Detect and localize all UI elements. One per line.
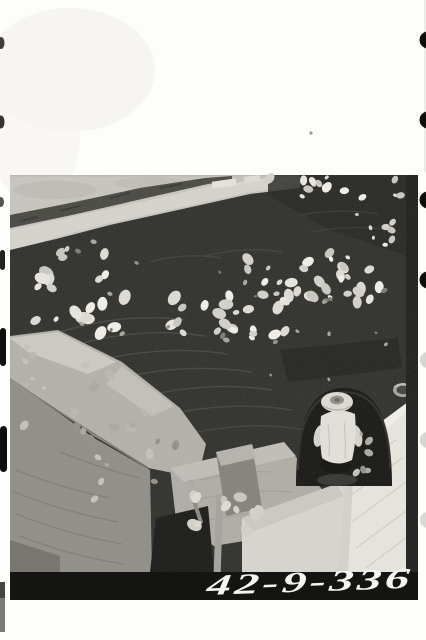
film-grain	[10, 175, 418, 600]
film-edge-mark	[0, 328, 6, 366]
photo-emulsion	[10, 171, 418, 600]
photo-print-scan: 42-9-336	[0, 0, 426, 640]
scan-edge-line	[424, 0, 425, 172]
film-edge-smudge	[0, 582, 5, 598]
photograph: 42-9-336	[0, 0, 426, 640]
film-edge-mark	[0, 426, 7, 472]
dust-speck	[309, 131, 312, 134]
film-edge-mark	[0, 250, 5, 270]
